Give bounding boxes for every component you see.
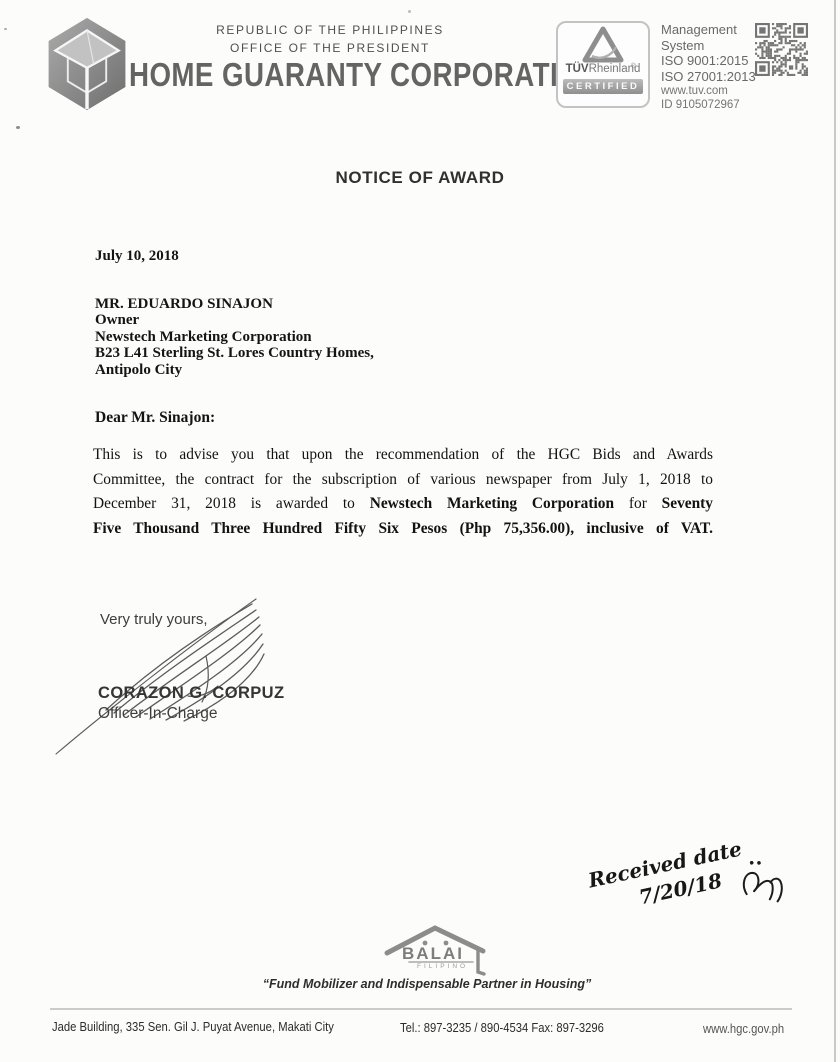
document-title: NOTICE OF AWARD [0, 168, 840, 188]
recipient-address-2: Antipolo City [95, 362, 374, 378]
handwritten-received-note: Received date 7/20/18 [586, 836, 750, 921]
certified-label: CERTIFIED [563, 79, 643, 94]
letter-body: This is to advise you that upon the reco… [93, 443, 713, 541]
header-gov-lines: REPUBLIC OF THE PHILIPPINES OFFICE OF TH… [180, 21, 480, 57]
tuv-certification-badge: ® TÜVRheinland CERTIFIED [556, 21, 650, 108]
signer-title: Officer-In-Charge [98, 705, 217, 723]
footer-tagline: “Fund Mobilizer and Indispensable Partne… [0, 977, 840, 991]
scan-speck [16, 126, 20, 129]
footer-website: www.hgc.gov.ph [703, 1022, 784, 1036]
body-line-4: Five Thousand Three Hundred Fifty Six Pe… [93, 517, 713, 542]
salutation: Dear Mr. Sinajon: [95, 409, 215, 427]
letter-date: July 10, 2018 [95, 248, 179, 265]
republic-line: REPUBLIC OF THE PHILIPPINES [180, 21, 480, 39]
recipient-block: MR. EDUARDO SINAJON Owner Newstech Marke… [95, 296, 374, 378]
tuv-url: www.tuv.com [661, 84, 756, 98]
hgc-hexagon-logo-icon [38, 16, 136, 112]
registered-mark: ® [631, 63, 636, 70]
balai-filipino-label: FILIPINO [417, 963, 468, 970]
tuv-id: ID 9105072967 [661, 98, 756, 112]
scan-edge-artifact [834, 0, 836, 1062]
footer-divider [50, 1008, 792, 1010]
footer-address: Jade Building, 335 Sen. Gil J. Puyat Ave… [52, 1020, 334, 1034]
handwritten-signature [48, 592, 268, 762]
tuv-triangle-icon [581, 26, 625, 64]
qr-code [755, 23, 808, 76]
iso-management-block: Management System ISO 9001:2015 ISO 2700… [661, 22, 756, 112]
balai-filipino-logo: BALAI FILIPINO [383, 920, 489, 978]
recipient-company: Newstech Marketing Corporation [95, 329, 374, 345]
scan-speck [408, 10, 411, 13]
footer-phones: Tel.: 897-3235 / 890-4534 Fax: 897-3296 [400, 1021, 604, 1035]
body-line-1: This is to advise you that upon the reco… [93, 443, 713, 468]
mgmt-line: ISO 27001:2013 [661, 69, 756, 85]
scanned-letter-page: REPUBLIC OF THE PHILIPPINES OFFICE OF TH… [0, 0, 840, 1062]
recipient-name: MR. EDUARDO SINAJON [95, 296, 374, 312]
body-line-2: Committee, the contract for the subscrip… [93, 468, 713, 493]
recipient-address-1: B23 L41 Sterling St. Lores Country Homes… [95, 345, 374, 361]
org-name: HOME GUARANTY CORPORATION [129, 56, 600, 94]
office-line: OFFICE OF THE PRESIDENT [180, 39, 480, 57]
balai-wordmark: BALAI [383, 944, 483, 964]
mgmt-line: System [661, 38, 756, 54]
mgmt-line: Management [661, 22, 756, 38]
body-line-3: December 31, 2018 is awarded to Newstech… [93, 492, 713, 517]
scan-speck [4, 28, 7, 30]
signer-name: CORAZON G. CORPUZ [98, 684, 284, 703]
recipient-title: Owner [95, 312, 374, 328]
mgmt-line: ISO 9001:2015 [661, 53, 756, 69]
handwritten-initials [732, 851, 790, 913]
